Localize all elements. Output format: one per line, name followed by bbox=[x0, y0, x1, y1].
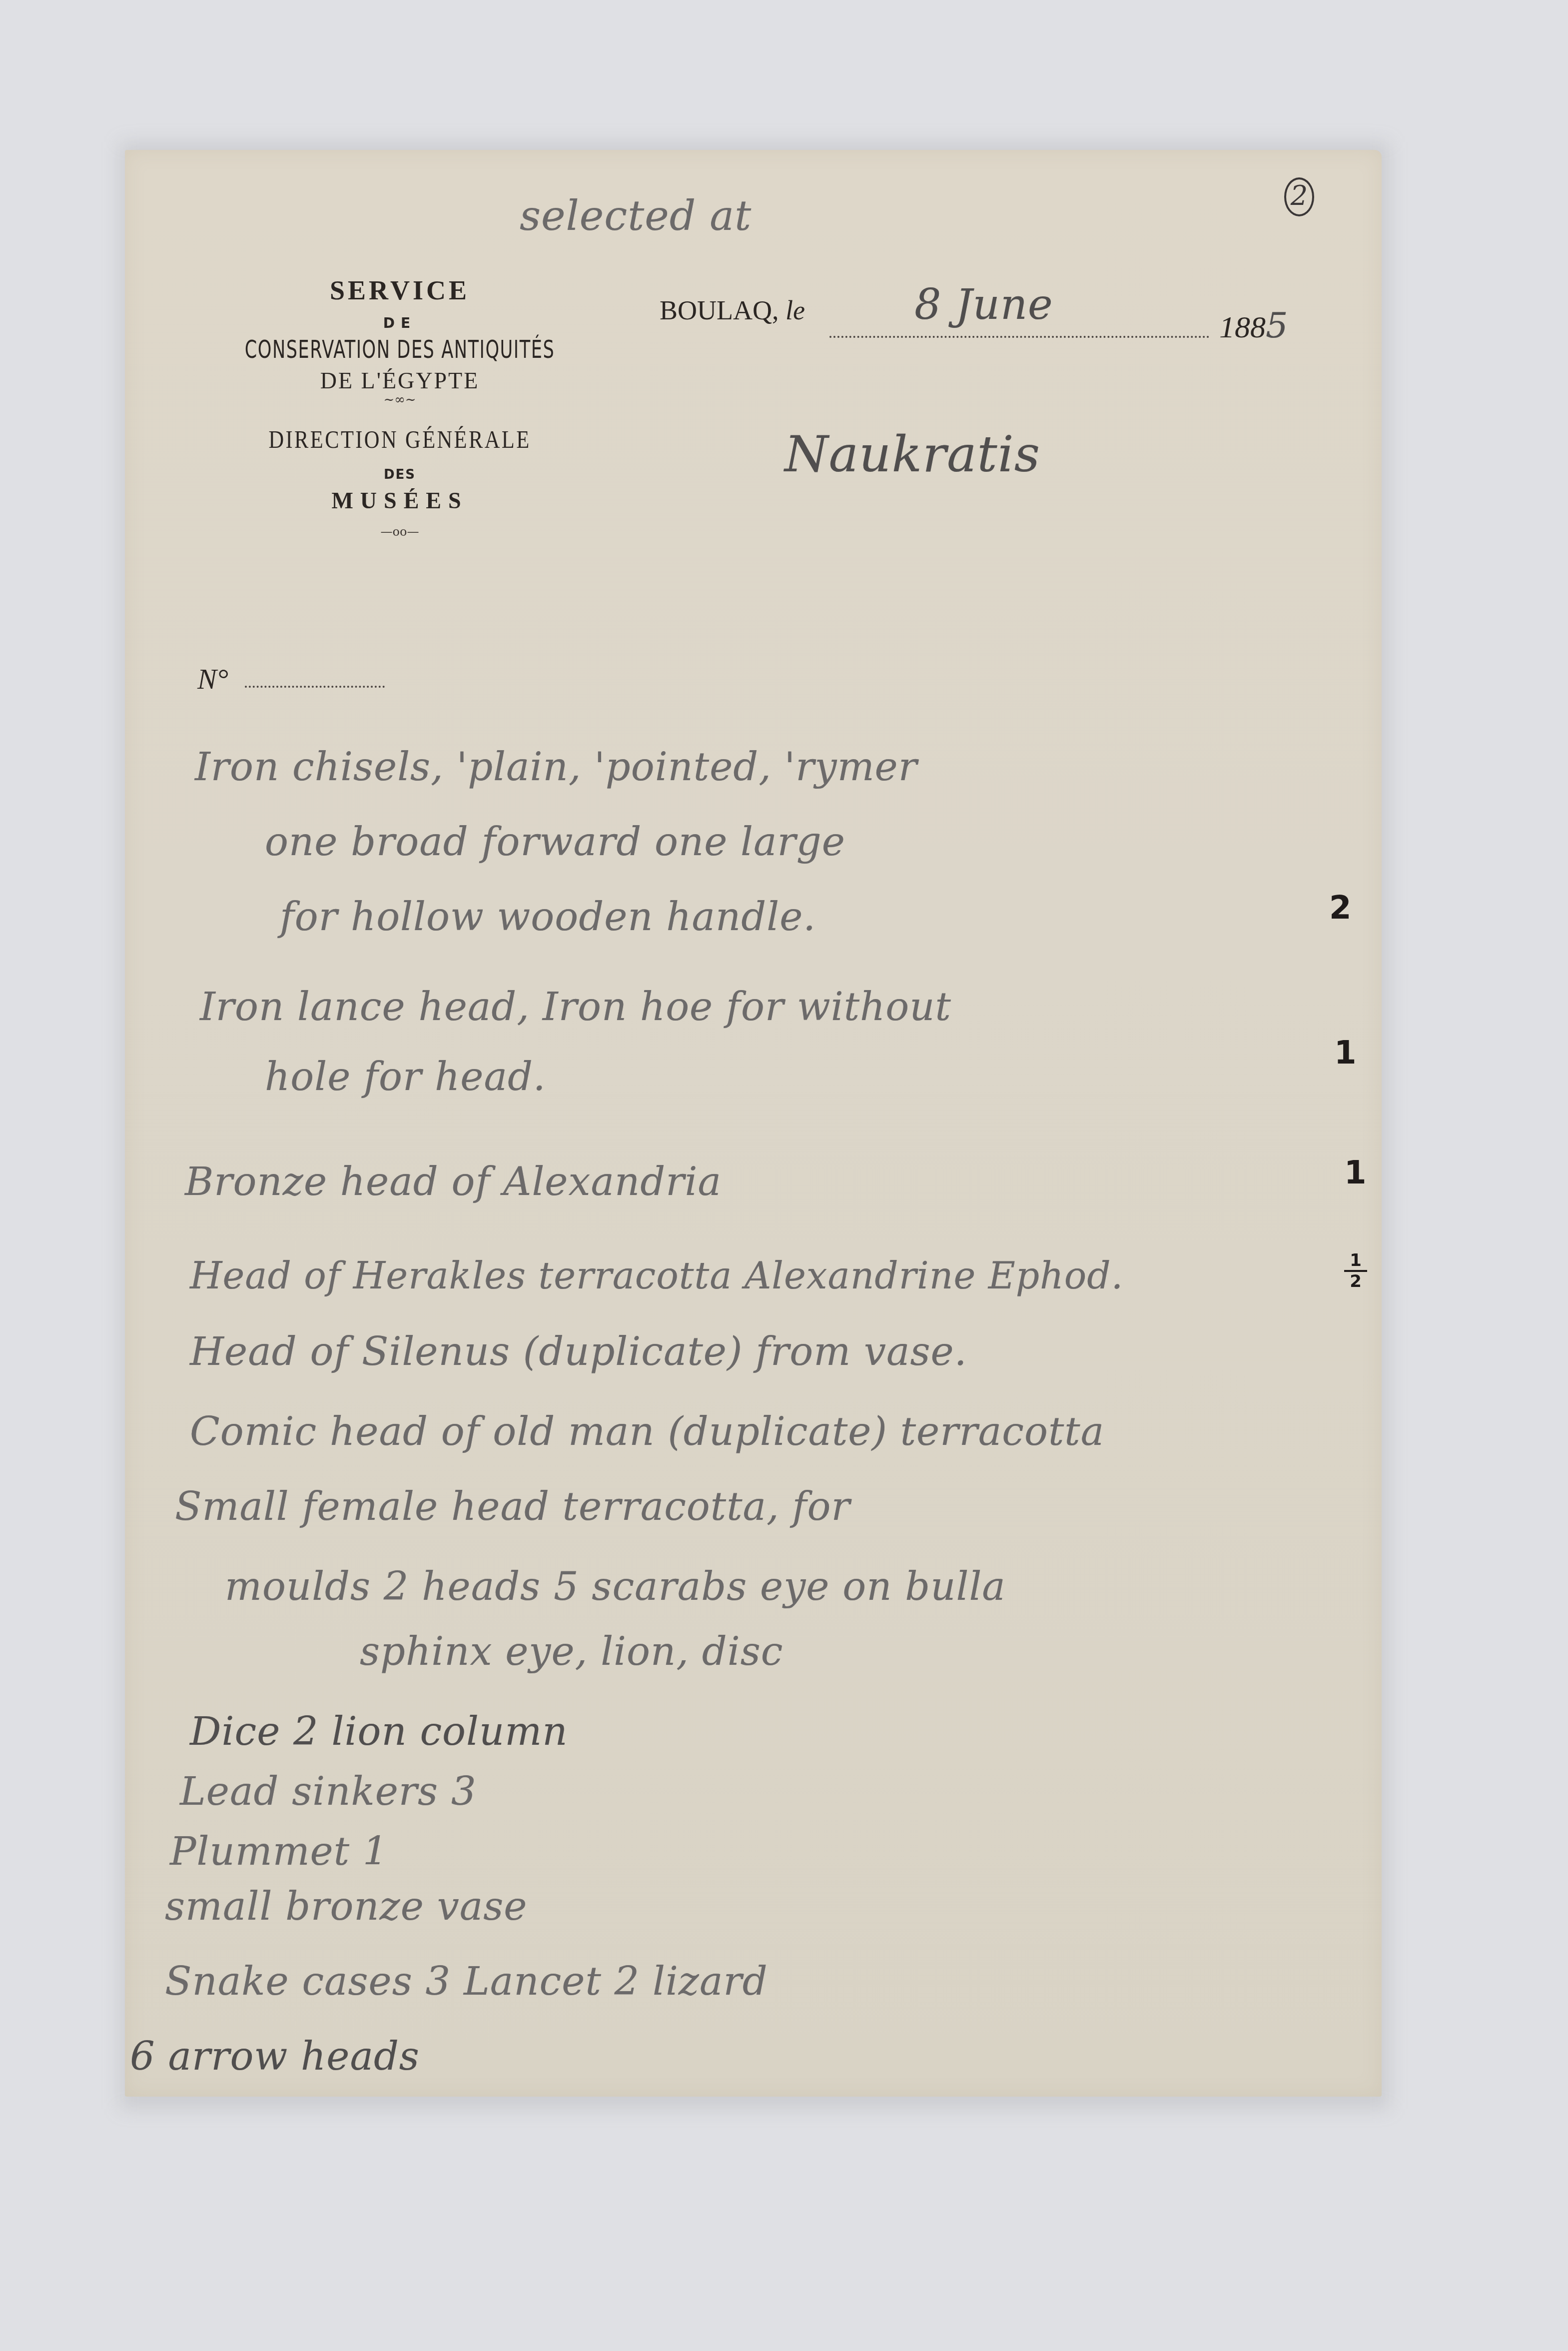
heading-naukratis: Naukratis bbox=[784, 425, 1040, 483]
page-number-circled: 2 bbox=[1284, 177, 1314, 216]
year-prefix: 188 bbox=[1219, 310, 1266, 344]
year-printed: 1885 bbox=[1219, 305, 1289, 346]
item-quantity: 2 bbox=[1329, 890, 1352, 927]
letterhead-conservation: CONSERVATION DES ANTIQUITÉS bbox=[205, 335, 595, 364]
letterhead-de: DE bbox=[150, 315, 650, 331]
date-handwritten: 8 June bbox=[914, 280, 1053, 329]
ornament-link-icon: —oo— bbox=[150, 525, 650, 539]
list-item: Head of Herakles terracotta Alexandrine … bbox=[190, 1254, 1123, 1297]
item-quantity: 1 bbox=[1344, 1155, 1367, 1191]
list-item: 6 arrow heads bbox=[130, 2034, 420, 2079]
item-quantity-fraction: 1 2 bbox=[1344, 1252, 1367, 1290]
letterhead-musees: MUSÉES bbox=[150, 487, 650, 514]
date-dotted-line bbox=[829, 336, 1209, 338]
list-item: moulds 2 heads 5 scarabs eye on bulla bbox=[225, 1564, 1006, 1609]
dateline-place: BOULAQ, le bbox=[660, 295, 805, 326]
list-item: Small female head terracotta, for bbox=[175, 1484, 850, 1529]
letterhead-egypte: DE L'ÉGYPTE bbox=[150, 367, 650, 394]
letterhead-service: SERVICE bbox=[150, 275, 650, 306]
letterhead-direction-generale: DIRECTION GÉNÉRALE bbox=[187, 425, 612, 454]
letterhead-des: DES bbox=[150, 467, 650, 482]
list-item: Head of Silenus (duplicate) from vase. bbox=[190, 1329, 967, 1374]
number-dotted-line bbox=[245, 686, 385, 688]
list-item: one broad forward one large bbox=[265, 820, 845, 865]
list-item: Iron chisels, 'plain, 'pointed, 'rymer bbox=[195, 745, 917, 790]
ornament-flourish-icon: ~∞~ bbox=[150, 392, 650, 407]
list-item: Iron lance head, Iron hoe for without bbox=[200, 985, 951, 1030]
list-item: Comic head of old man (duplicate) terrac… bbox=[190, 1409, 1104, 1454]
item-quantity: 1 bbox=[1334, 1035, 1357, 1072]
fraction-numerator: 1 bbox=[1344, 1252, 1367, 1269]
list-item: Plummet 1 bbox=[170, 1829, 388, 1874]
list-item: Bronze head of Alexandria bbox=[185, 1160, 722, 1204]
place-le: le bbox=[785, 295, 805, 325]
place-boulaq: BOULAQ, bbox=[660, 295, 779, 325]
top-note-selected-at: selected at bbox=[520, 192, 752, 240]
year-handwritten-digit: 5 bbox=[1266, 305, 1289, 346]
list-item: sphinx eye, lion, disc bbox=[360, 1629, 783, 1674]
number-label: N° bbox=[197, 662, 228, 696]
list-item: Dice 2 lion column bbox=[190, 1709, 568, 1754]
list-item: for hollow wooden handle. bbox=[280, 895, 816, 940]
list-item: Lead sinkers 3 bbox=[180, 1769, 477, 1814]
list-item: hole for head. bbox=[265, 1055, 546, 1100]
list-item: small bronze vase bbox=[165, 1884, 527, 1929]
fraction-denominator: 2 bbox=[1344, 1273, 1367, 1290]
list-item: Snake cases 3 Lancet 2 lizard bbox=[165, 1959, 768, 2004]
